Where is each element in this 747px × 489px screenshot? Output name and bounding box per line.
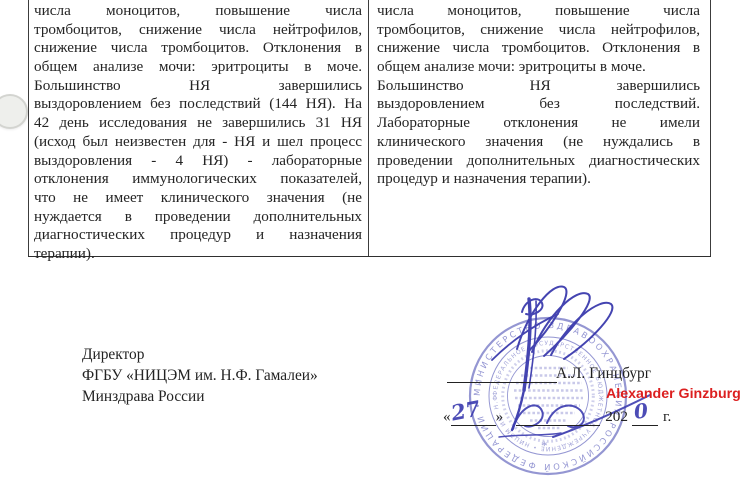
text-line: клинического значения (не нуждались в	[377, 133, 700, 152]
table-cell-left: числа моноцитов, повышение числатромбоци…	[28, 0, 368, 256]
text-line: 42 день исследования не завершились 31 Н…	[34, 114, 362, 133]
text-line: общем анализе мочи: эритроциты в моче.	[377, 58, 700, 77]
close-quote: »	[496, 408, 504, 426]
translation-annotation: Alexander Ginzburg	[606, 386, 741, 402]
text-line: выздоровления - 4 НЯ) - лабораторные	[34, 152, 362, 171]
report-table: числа моноцитов, повышение числатромбоци…	[28, 0, 711, 257]
open-quote: «	[443, 408, 451, 426]
table-cell-right: числа моноцитов, повышение числатромбоци…	[368, 0, 711, 256]
text-line: числа моноцитов, повышение числа	[377, 2, 700, 21]
text-line: терапии).	[34, 245, 362, 264]
stamp-outer-ring-text: МИНИСТЕРСТВО ЗДРАВООХРАНЕНИЯ РОССИЙСКОЙ …	[472, 320, 624, 473]
svg-text:МИНИСТЕРСТВО ЗДРАВООХРАНЕНИЯ Р: МИНИСТЕРСТВО ЗДРАВООХРАНЕНИЯ РОССИЙСКОЙ …	[472, 320, 624, 473]
date-month-blank	[516, 410, 600, 426]
signature-line	[447, 368, 557, 383]
text-line: нуждается в проведении дополнительных	[34, 208, 362, 227]
director-block: Директор ФГБУ «НИЦЭМ им. Н.Ф. Гамалеи» М…	[82, 344, 318, 407]
text-line: общем анализе мочи: эритроциты в моче.	[34, 58, 362, 77]
stamp-center-star: *	[541, 438, 548, 453]
year-prefix: 202	[605, 408, 628, 426]
text-line: отклонения иммунологических показателей,	[34, 170, 362, 189]
text-line: Большинство НЯ завершились	[34, 77, 362, 96]
text-line: снижение числа тромбоцитов. Отклонения в	[34, 39, 362, 58]
text-line: снижение числа тромбоцитов. Отклонения в	[377, 39, 700, 58]
text-line: тромбоцитов, снижение числа нейтрофилов,	[377, 21, 700, 40]
signer-name: А.Л. Гинцбург	[556, 365, 651, 383]
scanned-document-page: числа моноцитов, повышение числатромбоци…	[0, 0, 747, 489]
text-line: проведении дополнительных диагностически…	[377, 152, 700, 171]
text-line: диагностических процедур и назначения	[34, 226, 362, 245]
handwritten-year-digit: 0	[633, 398, 649, 423]
organization-name: ФГБУ «НИЦЭМ им. Н.Ф. Гамалеи»	[82, 365, 318, 386]
text-line: Большинство НЯ завершились	[377, 77, 700, 96]
text-line: (исход был неизвестен для - НЯ и шел про…	[34, 133, 362, 152]
organization-ministry: Минздрава России	[82, 386, 318, 407]
hole-punch-artifact	[0, 94, 28, 129]
text-line: процедур и назначения терапии).	[377, 170, 700, 189]
year-suffix: г.	[663, 408, 671, 426]
text-line: Лабораторные отклонения не имели	[377, 114, 700, 133]
text-line: выздоровлением без последствий (144 НЯ).…	[34, 95, 362, 114]
text-line: числа моноцитов, повышение числа	[34, 2, 362, 21]
text-line: выздоровлением без последствий.	[377, 95, 700, 114]
director-title: Директор	[82, 344, 318, 365]
text-line: что не имеет клинического значения (не	[34, 189, 362, 208]
text-line: тромбоцитов, снижение числа нейтрофилов,	[34, 21, 362, 40]
